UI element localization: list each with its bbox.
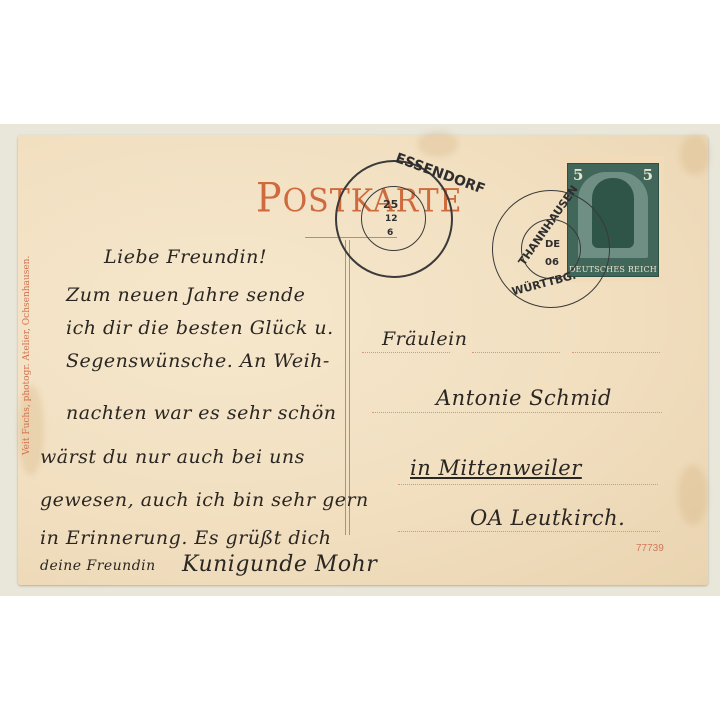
series-number: 77739: [636, 543, 664, 554]
address-line: [398, 484, 658, 485]
stamp-denomination: 5: [643, 166, 653, 184]
postmark-date: 6: [387, 228, 393, 238]
address-name: Antonie Schmid: [436, 386, 612, 410]
message-line: ich dir die besten Glück u.: [66, 317, 334, 339]
signature: Kunigunde Mohr: [182, 552, 377, 577]
address-line: [472, 352, 560, 353]
postmark-essendorf: ESSENDORF 25 12 6: [335, 160, 453, 278]
message-line: in Erinnerung. Es grüßt dich: [40, 527, 332, 549]
address-town: in Mittenweiler: [410, 456, 582, 480]
message-line: nachten war es sehr schön: [66, 402, 337, 424]
message-line: wärst du nur auch bei uns: [40, 446, 305, 468]
publisher-credit: Veit Fuchs, photogr. Atelier, Ochsenhaus…: [22, 256, 32, 455]
message-line: gewesen, auch ich bin sehr gern: [40, 489, 369, 511]
message-line: Segenswünsche. An Weih-: [66, 350, 330, 372]
postmark-date: 25: [383, 198, 398, 211]
postmark-date: DE: [545, 239, 560, 250]
stain: [418, 131, 458, 157]
stamp-denomination: 5: [573, 166, 583, 184]
message-line: deine Freundin: [40, 558, 156, 574]
heading-initial: P: [256, 175, 283, 221]
address-line: [572, 352, 660, 353]
message-line: Liebe Freundin!: [104, 246, 267, 268]
address-line: [398, 531, 660, 532]
postmark-thannhausen: THANNHAUSEN WÜRTTBG. DE 06: [492, 190, 610, 308]
address-line: [362, 352, 450, 353]
stain: [678, 465, 708, 525]
address-line: [372, 412, 662, 413]
stain: [680, 135, 710, 175]
postmark-date: 12: [385, 214, 398, 224]
message-line: Zum neuen Jahre sende: [66, 284, 305, 306]
address-district: OA Leutkirch.: [470, 506, 625, 530]
postmark-date: 06: [545, 257, 559, 268]
address-salutation: Fräulein: [382, 328, 467, 350]
